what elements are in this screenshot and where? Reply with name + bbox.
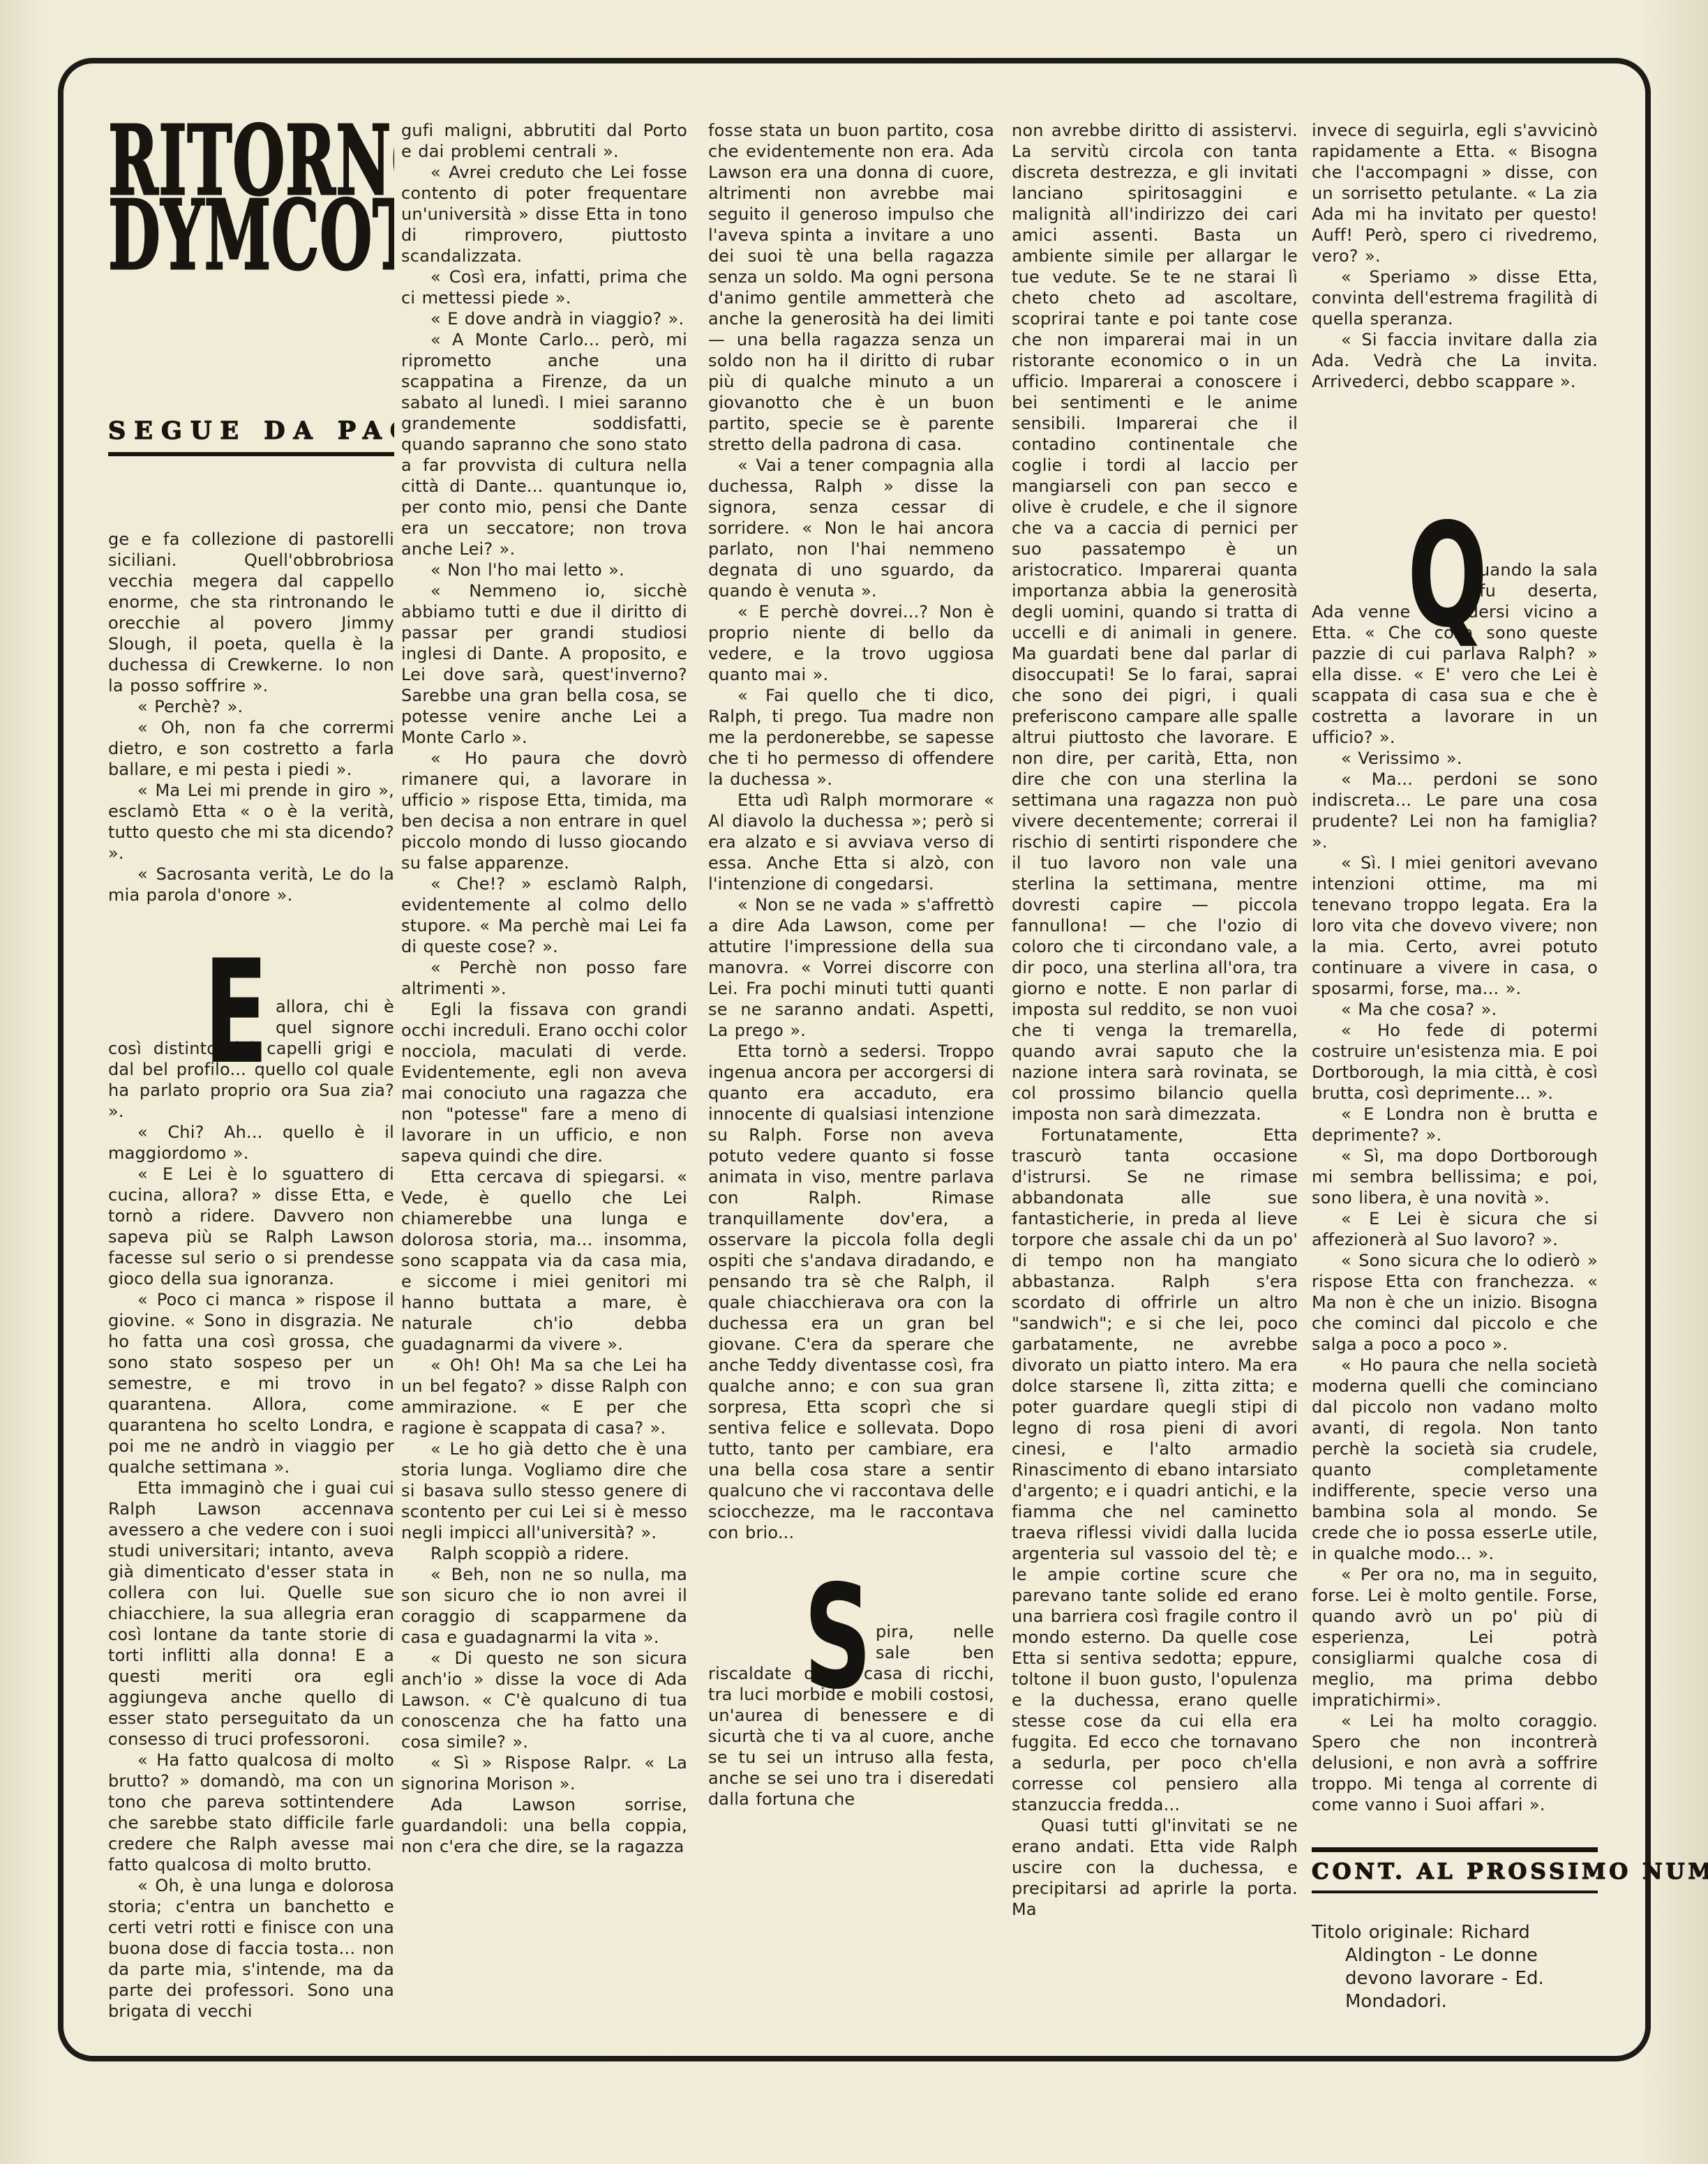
paragraph: « Beh, non ne so nulla, ma son sicuro ch… [401,1564,687,1648]
paragraph: « Avrei creduto che Lei fosse contento d… [401,162,687,266]
paragraph: « Ma che cosa? ». [1312,999,1598,1020]
column-1: RITORNO A DYMCOTT SEGUE DA PAGINA 2 ge e… [108,105,394,2022]
original-title-credit: Titolo originale: Richard Aldington - Le… [1312,1921,1598,2013]
paragraph: « Ha fatto qualcosa di molto brutto? » d… [108,1750,394,1875]
magazine-page: { "masthead": { "title_line1": "RITORNO … [0,0,1708,2164]
paragraph: Quasi tutti gl'invitati se ne erano anda… [1012,1815,1298,1920]
paragraph: « Sì » Rispose Ralpr. « La signorina Mor… [401,1752,687,1794]
paragraph: « Perchè? ». [108,696,394,717]
paragraph: ge e fa collezione di pastorelli sicilia… [108,529,394,696]
paragraph: « E perchè dovrei...? Non è proprio nien… [708,601,994,685]
kicker: SEGUE DA PAGINA 2 [108,416,394,445]
dropcap-paragraph: Spira, nelle sale ben riscaldate d'una c… [708,1621,994,1810]
paragraph: « Speriamo » disse Etta, convinta dell'e… [1312,266,1598,329]
paragraph: « Sì. I miei genitori avevano intenzioni… [1312,852,1598,999]
paragraph: « Lei ha molto coraggio. Spero che non i… [1312,1711,1598,1815]
paragraph: Ada Lawson sorrise, guardandoli: una bel… [401,1794,687,1857]
paragraph: Egli la fissava con grandi occhi incredu… [401,999,687,1166]
continuation-text: CONT. AL PROSSIMO NUMERO [1312,1859,1598,1884]
paragraph: « Vai a tener compagnia alla duchessa, R… [708,455,994,601]
dropcap-container: Q [1312,559,1479,601]
dropcap-container: S [708,1621,876,1663]
continuation-rule-top [1312,1847,1598,1852]
dropcap-paragraph: Quando la sala fu deserta, Ada venne a s… [1312,559,1598,748]
paragraph: non avrebbe diritto di assistervi. La se… [1012,120,1298,1125]
paragraph: « Non l'ho mai letto ». [401,559,687,580]
paragraph: « E dove andrà in viaggio? ». [401,308,687,329]
kicker-rule [108,452,394,456]
paragraph: « Per ora no, ma in seguito, forse. Lei … [1312,1564,1598,1711]
paragraph: « Ho paura che nella società moderna que… [1312,1355,1598,1564]
column-5: invece di seguirla, egli s'avvicinò rapi… [1312,120,1598,2013]
continuation-notice: CONT. AL PROSSIMO NUMERO Titolo original… [1312,1847,1598,2013]
paragraph: Etta immaginò che i guai cui Ralph Lawso… [108,1478,394,1750]
paragraph: Etta udì Ralph mormorare « Al diavolo la… [708,790,994,894]
paragraph: « Non se ne vada » s'affrettò a dire Ada… [708,894,994,1041]
paragraph: « Poco ci manca » rispose il giovine. « … [108,1289,394,1478]
paragraph: « Ho paura che dovrò rimanere qui, a lav… [401,748,687,873]
dropcap-container: E [108,996,276,1038]
paragraph: « Verissimo ». [1312,748,1598,769]
paragraph: « E Lei è lo sguattero di cucina, allora… [108,1164,394,1289]
paragraph: « Così era, infatti, prima che ci mettes… [401,266,687,308]
paragraph: fosse stata un buon partito, cosa che ev… [708,120,994,455]
paragraph: Ralph scoppiò a ridere. [401,1543,687,1564]
column-3: fosse stata un buon partito, cosa che ev… [708,120,994,1810]
paragraph: « Sacrosanta verità, Le do la mia parola… [108,864,394,906]
title-line-2: DYMCOTT [108,199,288,273]
paragraph: « Oh! Oh! Ma sa che Lei ha un bel fegato… [401,1355,687,1438]
paragraph: « Sono sicura che lo odierò » rispose Et… [1312,1250,1598,1355]
paragraph: « Ma Lei mi prende in giro », esclamò Et… [108,780,394,864]
paragraph: « Ho fede di potermi costruire un'esiste… [1312,1020,1598,1104]
paragraph: Etta cercava di spiegarsi. « Vede, è que… [401,1166,687,1355]
paragraph: « Chi? Ah... quello è il maggiordomo ». [108,1122,394,1164]
paragraph: invece di seguirla, egli s'avvicinò rapi… [1312,120,1598,266]
dropcap-paragraph: Eallora, chi è quel signore così distint… [108,996,394,1122]
article-title: RITORNO A DYMCOTT [108,105,288,273]
column-4: non avrebbe diritto di assistervi. La se… [1012,120,1298,1920]
paragraph: gufi maligni, abbrutiti dal Porto e dai … [401,120,687,162]
paragraph: « Perchè non posso fare altrimenti ». [401,957,687,999]
paragraph: « E Lei è sicura che si affezionerà al S… [1312,1208,1598,1250]
paragraph: « Oh, è una lunga e dolorosa storia; c'e… [108,1875,394,2022]
continuation-rule-bottom [1312,1891,1598,1893]
paragraph: « Si faccia invitare dalla zia Ada. Vedr… [1312,329,1598,392]
paragraph: « Le ho già detto che è una storia lunga… [401,1438,687,1543]
column-2: gufi maligni, abbrutiti dal Porto e dai … [401,120,687,1857]
paragraph: « Fai quello che ti dico, Ralph, ti preg… [708,685,994,790]
paragraph: Etta tornò a sedersi. Troppo ingenua anc… [708,1041,994,1543]
paragraph: « E Londra non è brutta e deprimente? ». [1312,1104,1598,1145]
paragraph: « Che!? » esclamò Ralph, evidentemente a… [401,873,687,957]
paragraph: « Nemmeno io, sicchè abbiamo tutti e due… [401,580,687,748]
paragraph: « Sì, ma dopo Dortborough mi sembra bell… [1312,1145,1598,1208]
paragraph: « Di questo ne son sicura anch'io » diss… [401,1648,687,1752]
paragraph: « A Monte Carlo... però, mi riprometto a… [401,329,687,559]
paragraph: Fortunatamente, Etta trascurò tanta occa… [1012,1125,1298,1815]
paragraph: « Ma... perdoni se sono indiscreta... Le… [1312,769,1598,852]
paragraph: « Oh, non fa che corrermi dietro, e son … [108,717,394,780]
